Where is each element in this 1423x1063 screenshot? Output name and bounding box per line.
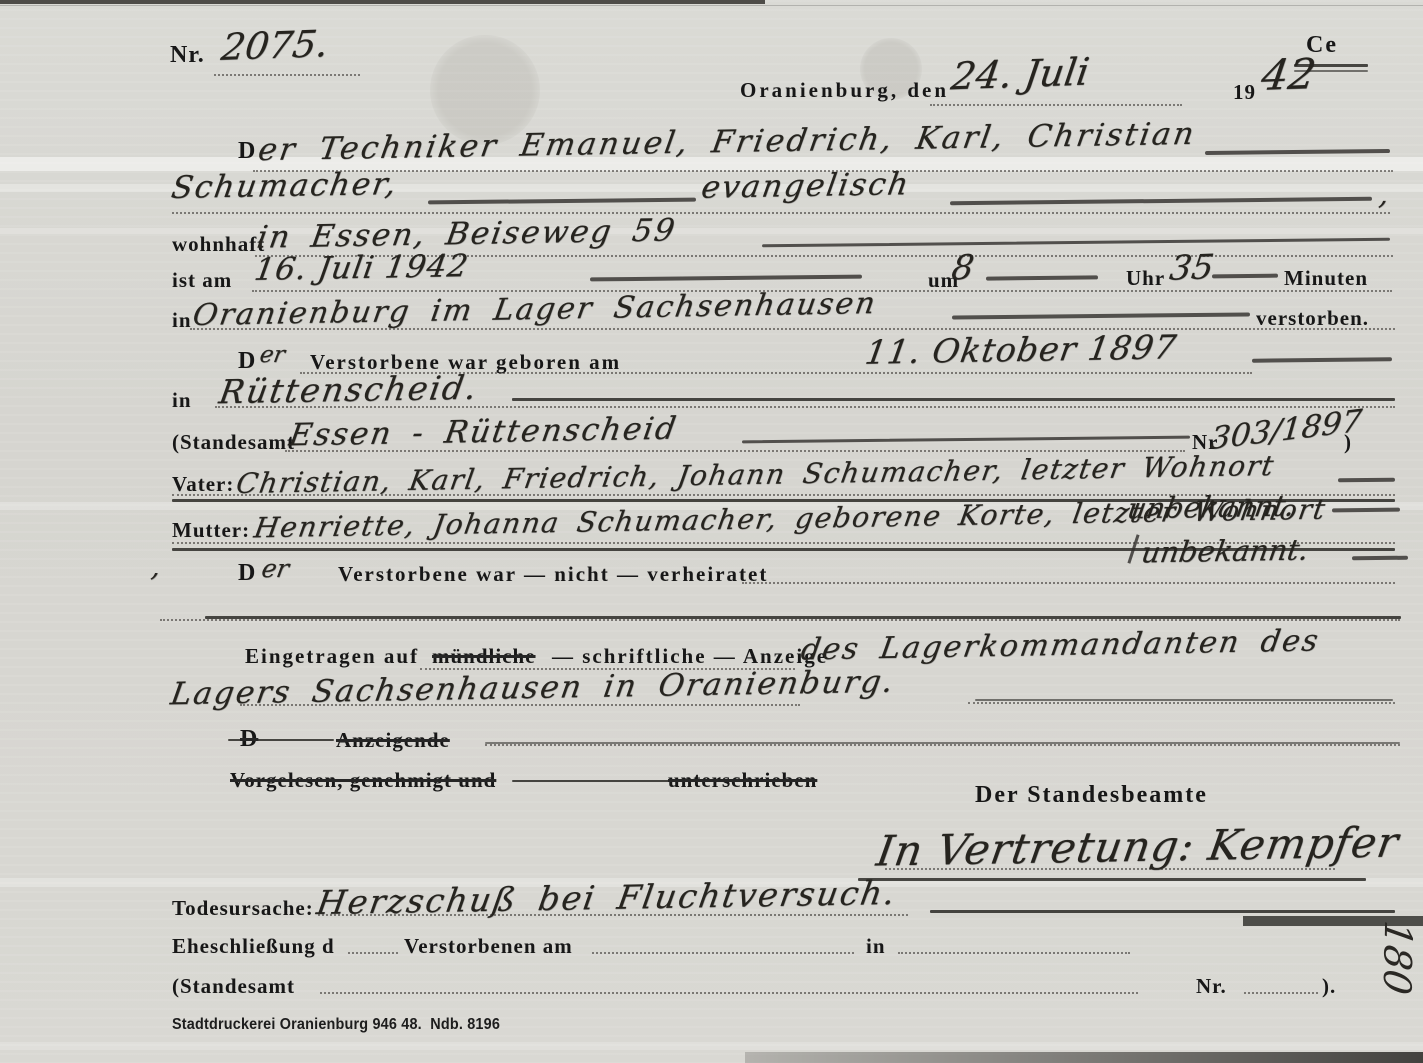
rule-line	[975, 699, 1393, 701]
printer-imprint: Stadtdruckerei Oranienburg 946 48. Ndb. …	[172, 1016, 500, 1034]
surname-hand: Schumacher,	[169, 166, 401, 206]
printed-close-paren: ).	[1322, 974, 1336, 999]
printed-standesamt: (Standesamt	[172, 430, 295, 455]
dotted-baseline	[190, 328, 1395, 330]
scan-bottom-band	[745, 1052, 1423, 1063]
dotted-baseline	[592, 952, 854, 954]
stray-comma: ,	[149, 552, 163, 583]
ink-stroke	[1205, 149, 1390, 154]
registrar-title-printed: Der Standesbeamte	[975, 782, 1208, 809]
record-number-value: 2075.	[219, 22, 332, 69]
father-name-hand: Christian, Karl, Friedrich, Johann Schum…	[234, 449, 1277, 500]
printed-marital-status: Verstorbene war — nicht — verheiratet	[338, 562, 768, 587]
death-place-hand: Oranienburg im Lager Sachsenhausen	[190, 286, 879, 333]
death-minutes-hand: 35	[1167, 247, 1216, 288]
death-certificate-document: Nr. 2075. Ce Oranienburg, den 24. Juli 1…	[0, 0, 1423, 1063]
printed-in: in	[172, 308, 192, 333]
registrar-signature-hand: In Vertretung: Kempfer	[873, 817, 1402, 875]
dotted-baseline	[485, 744, 1400, 746]
margin-note-hand: 180	[1375, 918, 1420, 997]
dotted-baseline	[215, 406, 1395, 408]
dotted-baseline	[930, 104, 1182, 106]
ink-stroke	[428, 198, 696, 204]
printed-eingetragen-auf: Eingetragen auf	[245, 644, 419, 669]
dotted-baseline	[240, 704, 800, 706]
hand-er: er	[258, 342, 287, 368]
dotted-baseline	[318, 914, 908, 916]
ink-stroke	[1212, 274, 1278, 278]
reporter-hand-line1: des Lagerkommandanten des	[798, 623, 1322, 667]
struck-d: D	[240, 726, 258, 753]
printed-nr: Nr.	[1196, 974, 1227, 999]
printed-minuten: Minuten	[1284, 266, 1368, 291]
printed-wohnhaft: wohnhaft	[172, 232, 265, 257]
printed-close-paren: )	[1344, 430, 1352, 455]
dotted-baseline	[1244, 992, 1318, 994]
printed-verstorbenen-am: Verstorbenen am	[404, 934, 573, 959]
strike-line	[512, 780, 670, 782]
ink-stroke	[762, 238, 1390, 248]
printed-in: in	[172, 388, 192, 413]
death-date-hand: 16. Juli 1942	[252, 248, 471, 288]
struck-anzeigende: Anzeigende	[336, 728, 450, 753]
ink-stroke	[1332, 508, 1400, 512]
year-hand: 42	[1258, 49, 1319, 100]
rule-line	[930, 910, 1395, 913]
record-number-label: Nr.	[170, 42, 205, 69]
scan-streak	[0, 1042, 1423, 1050]
ink-stroke	[742, 436, 1190, 444]
printed-ist-am: ist am	[172, 268, 232, 293]
rule-line	[512, 398, 1395, 401]
ink-stroke	[1338, 478, 1395, 482]
struck-vorgelesen: Vorgelesen, genehmigt und	[230, 768, 496, 793]
year-printed-prefix: 19	[1233, 80, 1256, 105]
cause-of-death-label: Todesursache:	[172, 896, 314, 921]
ink-stroke	[986, 275, 1098, 280]
death-registered-date-hand: 24. Juli	[949, 50, 1093, 99]
birth-date-hand: 11. Oktober 1897	[862, 327, 1179, 371]
printed-d: D	[238, 138, 256, 165]
dotted-baseline	[968, 702, 1395, 704]
birth-place-hand: Rüttenscheid.	[217, 368, 482, 411]
dotted-baseline	[214, 74, 360, 76]
dotted-baseline	[285, 450, 1185, 452]
dotted-baseline	[742, 582, 1395, 584]
printed-muendliche-struck: mündliche	[432, 644, 536, 669]
printed-standesamt: (Standesamt	[172, 974, 295, 999]
scan-top-edge	[0, 0, 765, 4]
mother-label: Mutter:	[172, 518, 250, 543]
printed-eheschliessung-d: Eheschließung d	[172, 934, 335, 959]
ink-stroke	[1252, 357, 1392, 362]
dotted-baseline	[885, 868, 1335, 870]
printed-uhr: Uhr	[1126, 266, 1165, 291]
mother-residence-hand: unbekannt.	[1139, 533, 1311, 570]
printed-in: in	[866, 934, 886, 959]
scan-top-edge-faint	[0, 5, 1423, 6]
ink-stroke	[1352, 556, 1408, 560]
ink-stroke	[952, 312, 1250, 319]
trailing-comma: ,	[1377, 178, 1392, 211]
hand-er: er	[259, 554, 291, 583]
dotted-baseline	[160, 619, 1400, 621]
dotted-baseline	[898, 952, 1130, 954]
ink-stroke	[950, 197, 1372, 205]
dotted-baseline	[320, 992, 1138, 994]
struck-unterschrieben: unterschrieben	[668, 768, 817, 793]
death-hour-hand: 8	[949, 248, 976, 289]
ink-stroke	[590, 275, 862, 281]
registry-hand: Essen - Rüttenscheid	[287, 411, 681, 454]
printed-d: D	[238, 560, 256, 587]
dotted-baseline	[348, 952, 398, 954]
dotted-baseline	[172, 212, 1390, 214]
place-date-printed: Oranienburg, den	[740, 78, 949, 103]
rule-line	[858, 878, 1366, 881]
deceased-name-hand: er Techniker Emanuel, Friedrich, Karl, C…	[256, 116, 1199, 168]
religion-hand: evangelisch	[699, 166, 913, 206]
